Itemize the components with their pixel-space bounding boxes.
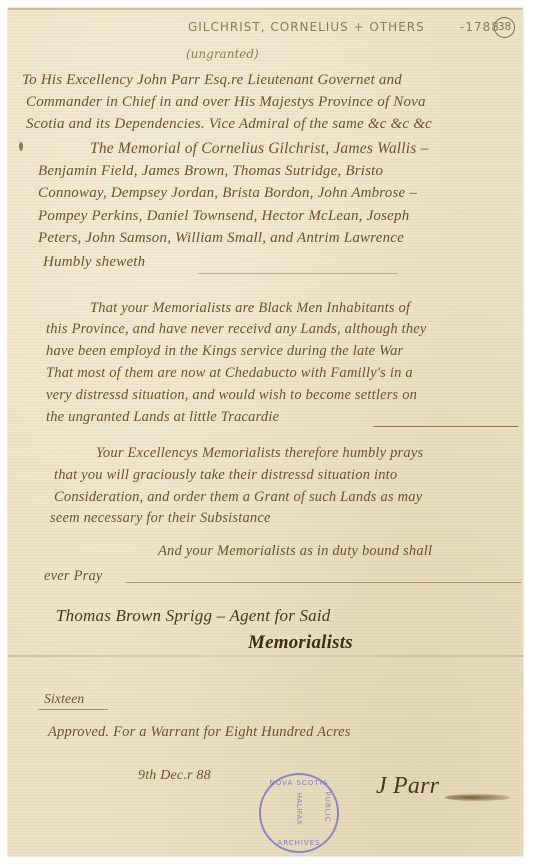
petitioners-line-5: Peters, John Samson, William Small, and … [38, 230, 404, 247]
status-note: (ungranted) [186, 47, 259, 61]
count-note-rule [38, 709, 108, 710]
prayer-line-1: Your Excellencys Memorialists therefore … [96, 445, 423, 462]
prayer-line-4: seem necessary for their Subsistance [50, 510, 271, 527]
agent-signature-memorialists: Memorialists [248, 632, 353, 654]
address-line-1: To His Excellency John Parr Esq.re Lieut… [22, 72, 402, 89]
statement-line-5: very distressd situation, and would wish… [46, 387, 417, 404]
tracardie-rule [373, 426, 518, 427]
statement-line-4: That most of them are now at Chedabucto … [46, 365, 413, 382]
archives-stamp: NOVA SCOTIA HALIFAX PUBLIC ARCHIVES [259, 773, 339, 853]
manuscript-page: GILCHRIST, CORNELIUS + OTHERS -1788 38 (… [8, 8, 523, 856]
closing-line-2: ever Pray [44, 568, 103, 585]
petitioners-line-1: The Memorial of Cornelius Gilchrist, Jam… [90, 140, 429, 158]
address-line-2: Commander in Chief in and over His Majes… [26, 94, 426, 111]
petitioners-line-4: Pompey Perkins, Daniel Townsend, Hector … [38, 208, 409, 225]
petitioners-line-3: Connoway, Dempsey Jordan, Brista Bordon,… [38, 185, 417, 202]
agent-signature-line: Thomas Brown Sprigg – Agent for Said [56, 606, 331, 626]
address-line-3: Scotia and its Dependencies. Vice Admira… [26, 116, 432, 133]
sheweth-rule [198, 273, 398, 274]
ever-pray-rule [126, 582, 521, 583]
statement-line-1: That your Memorialists are Black Men Inh… [90, 300, 410, 317]
paper-fold-line [8, 655, 523, 657]
ink-blot [19, 142, 23, 151]
approval-date: 9th Dec.r 88 [138, 768, 211, 784]
statement-line-3: have been employd in the Kings service d… [46, 343, 403, 360]
prayer-line-3: Consideration, and order them a Grant of… [54, 489, 422, 506]
item-number-circle: 38 [494, 17, 515, 38]
statement-line-6: the ungranted Lands at little Tracardie [46, 409, 279, 426]
humbly-sheweth: Humbly sheweth [43, 254, 145, 271]
governor-signature: J Parr [376, 773, 439, 800]
prayer-line-2: that you will graciously take their dist… [54, 467, 397, 484]
count-note: Sixteen [44, 691, 84, 707]
approval-line: Approved. For a Warrant for Eight Hundre… [48, 724, 351, 741]
ink-smudge [445, 794, 510, 801]
catalog-heading: GILCHRIST, CORNELIUS + OTHERS [188, 20, 425, 34]
petitioners-line-2: Benjamin Field, James Brown, Thomas Sutr… [38, 163, 383, 180]
statement-line-2: this Province, and have never receivd an… [46, 321, 427, 338]
paper-top-edge [8, 8, 523, 10]
stamp-center: HALIFAX [295, 771, 303, 847]
stamp-ring-right: PUBLIC [324, 792, 332, 823]
stamp-ring-bottom: ARCHIVES [261, 839, 337, 847]
closing-line-1: And your Memorialists as in duty bound s… [158, 543, 432, 560]
